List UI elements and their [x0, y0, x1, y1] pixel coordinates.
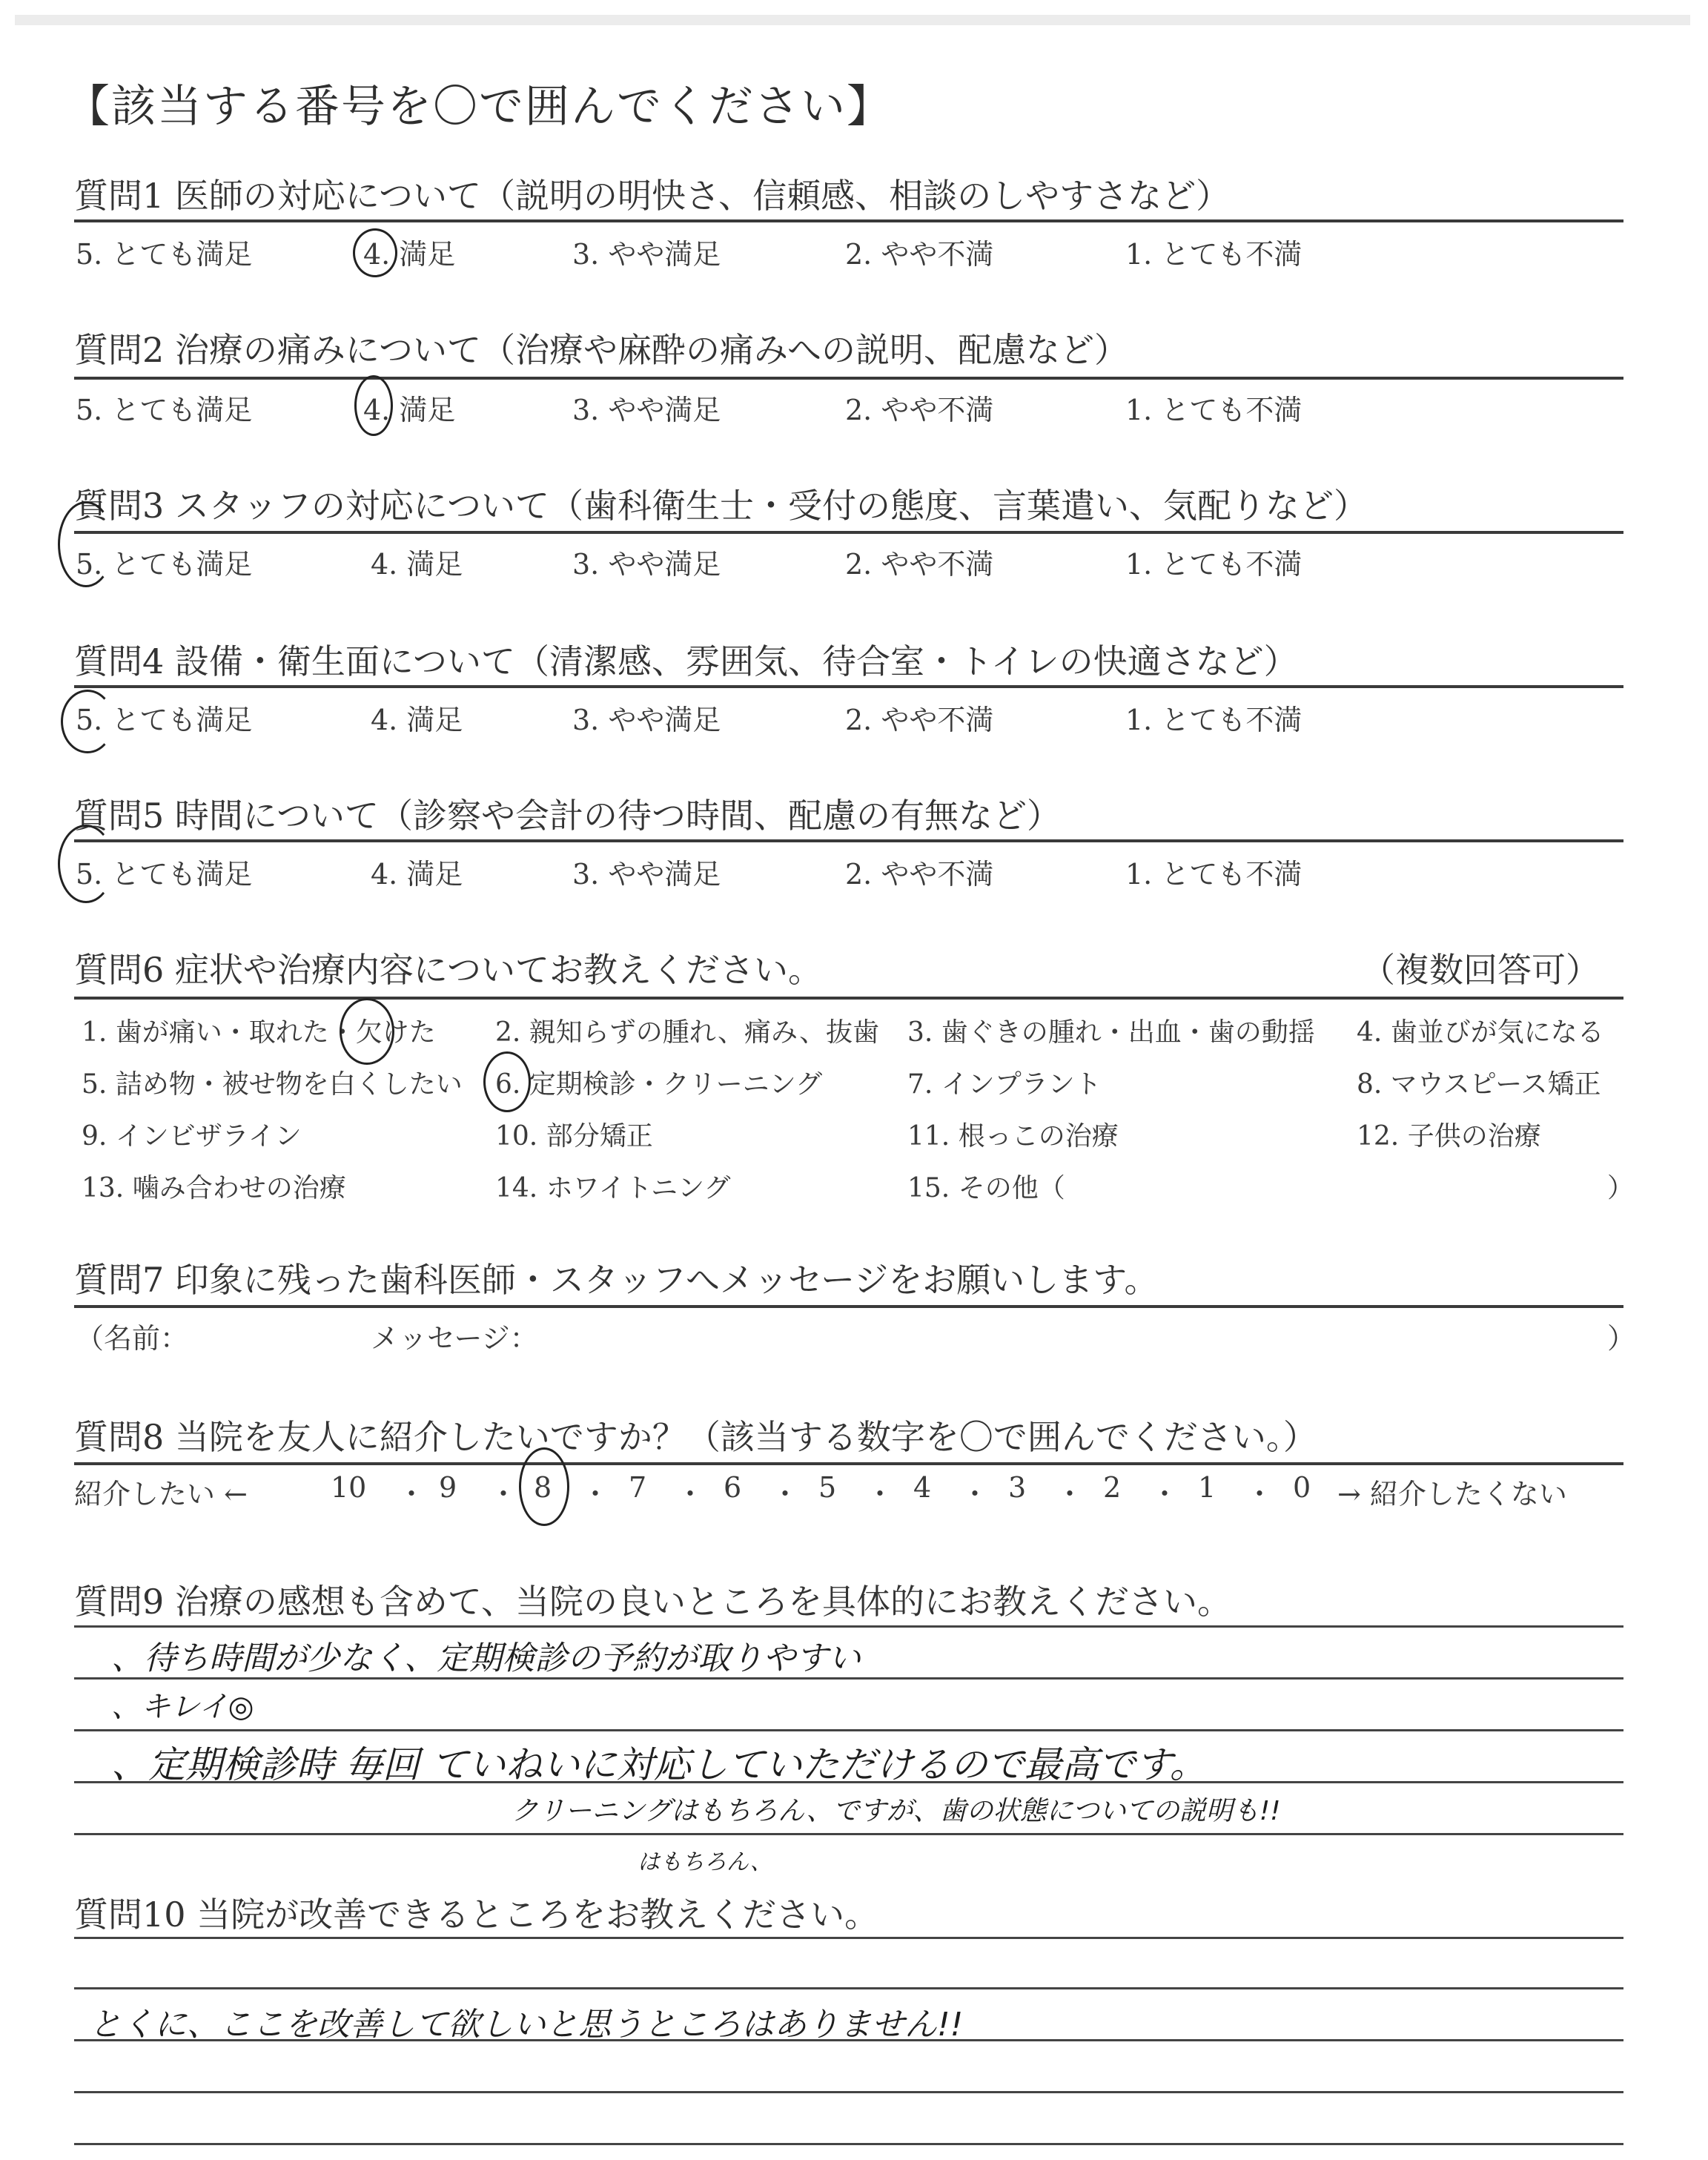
q6-option-13[interactable]: 13. 噛み合わせの治療: [82, 1167, 346, 1205]
q8-dot: ・: [1245, 1471, 1274, 1512]
q9-line-1: [74, 1625, 1623, 1628]
q9-insert-note: はもちろん、: [638, 1843, 772, 1876]
q6-rule: [74, 997, 1623, 1000]
q8-score-9[interactable]: 9: [439, 1471, 457, 1504]
q6-option-4[interactable]: 4. 歯並びが気になる: [1357, 1011, 1604, 1049]
q1-heading: 質問1 医師の対応について（説明の明快さ、信頼感、相談のしやすさなど）: [74, 169, 1230, 218]
q10-answer: とくに、ここを改善して欲しいと思うところはありません!!: [89, 1998, 963, 2045]
q6-multiple-answer-note: （複数回答可）: [1361, 943, 1600, 992]
q9-answer-1: 、待ち時間が少なく、定期検診の予約が取りやすい: [111, 1631, 861, 1679]
q6-option-5[interactable]: 5. 詰め物・被せ物を白くしたい: [82, 1063, 463, 1101]
q9-answer-2: 、キレイ◎: [111, 1683, 254, 1725]
q9-line-5: [74, 1833, 1623, 1835]
q7-message-label: メッセージ：: [371, 1315, 538, 1356]
q8-dot: ・: [866, 1471, 894, 1512]
q1-selection-circle: [353, 228, 397, 277]
q6-option-11[interactable]: 11. 根っこの治療: [907, 1115, 1119, 1153]
scan-top-edge: [15, 15, 1690, 25]
q6-selection-circle-1: [340, 998, 394, 1065]
q2-option-3[interactable]: 3. やや満足: [572, 387, 721, 428]
q8-right-label: → 紹介したくない: [1337, 1471, 1567, 1512]
q6-other-close-paren: ）: [1607, 1167, 1634, 1205]
q1-option-2[interactable]: 2. やや不満: [845, 231, 993, 272]
q8-score-2[interactable]: 2: [1103, 1471, 1121, 1504]
q8-dot: ・: [397, 1471, 426, 1512]
q5-option-1[interactable]: 1. とても不満: [1125, 851, 1302, 892]
q8-score-10[interactable]: 10: [331, 1471, 366, 1504]
q2-option-2[interactable]: 2. やや不満: [845, 387, 993, 428]
q6-heading: 質問6 症状や治療内容についてお教えください。: [74, 943, 822, 992]
q6-option-12[interactable]: 12. 子供の治療: [1357, 1115, 1541, 1153]
q7-close-paren: ）: [1607, 1315, 1635, 1356]
q10-line-2: [74, 1987, 1623, 1989]
q8-score-4[interactable]: 4: [913, 1471, 931, 1504]
q5-rule: [74, 839, 1623, 842]
q7-name-label: （名前：: [76, 1315, 188, 1356]
q8-dot: ・: [489, 1471, 517, 1512]
q4-option-3[interactable]: 3. やや満足: [572, 697, 721, 738]
q6-option-3[interactable]: 3. 歯ぐきの腫れ・出血・歯の動揺: [907, 1011, 1315, 1049]
q8-score-3[interactable]: 3: [1008, 1471, 1026, 1504]
q4-selection-circle: [61, 690, 114, 753]
q7-heading: 質問7 印象に残った歯科医師・スタッフへメッセージをお願いします。: [74, 1253, 1159, 1302]
q8-score-7[interactable]: 7: [629, 1471, 646, 1504]
q1-rule: [74, 219, 1623, 222]
q9-answer-4: クリーニングはもちろん、ですが、歯の状態についての説明も!!: [512, 1790, 1281, 1828]
q8-dot: ・: [961, 1471, 989, 1512]
q6-option-15-other[interactable]: 15. その他（: [907, 1167, 1065, 1205]
q6-option-10[interactable]: 10. 部分矯正: [495, 1115, 653, 1153]
q1-option-1[interactable]: 1. とても不満: [1125, 231, 1302, 272]
q3-option-4[interactable]: 4. 満足: [371, 541, 463, 582]
q3-option-2[interactable]: 2. やや不満: [845, 541, 993, 582]
q7-name-field[interactable]: [178, 1312, 356, 1350]
q5-option-2[interactable]: 2. やや不満: [845, 851, 993, 892]
q10-line-5: [74, 2143, 1623, 2145]
q8-dot: ・: [1151, 1471, 1179, 1512]
q8-score-6[interactable]: 6: [724, 1471, 741, 1504]
q8-dot: ・: [1056, 1471, 1084, 1512]
q8-left-label: 紹介したい ←: [74, 1471, 248, 1512]
q3-option-3[interactable]: 3. やや満足: [572, 541, 721, 582]
q10-heading: 質問10 当院が改善できるところをお教えください。: [74, 1888, 878, 1937]
q6-option-14[interactable]: 14. ホワイトニング: [495, 1167, 730, 1205]
q6-option-8[interactable]: 8. マウスピース矯正: [1357, 1063, 1601, 1101]
q8-dot: ・: [771, 1471, 799, 1512]
q9-heading: 質問9 治療の感想も含めて、当院の良いところを具体的にお教えください。: [74, 1575, 1231, 1624]
q2-rule: [74, 377, 1623, 380]
q1-option-3[interactable]: 3. やや満足: [572, 231, 721, 272]
q10-line-4: [74, 2091, 1623, 2093]
q2-option-5[interactable]: 5. とても満足: [76, 387, 252, 428]
q6-option-9[interactable]: 9. インビザライン: [82, 1115, 302, 1153]
page-title: 【該当する番号を〇で囲んでください】: [65, 71, 893, 135]
q4-option-4[interactable]: 4. 満足: [371, 697, 463, 738]
q4-rule: [74, 685, 1623, 688]
q5-selection-circle: [58, 825, 114, 903]
q1-option-5[interactable]: 5. とても満足: [76, 231, 252, 272]
q6-selection-circle-6: [483, 1051, 531, 1112]
q8-heading: 質問8 当院を友人に紹介したいですか？（該当する数字を〇で囲んでください。）: [74, 1410, 1317, 1459]
q8-selection-circle: [519, 1447, 569, 1526]
q5-option-4[interactable]: 4. 満足: [371, 851, 463, 892]
q7-message-field[interactable]: [563, 1312, 1586, 1350]
q8-score-5[interactable]: 5: [818, 1471, 836, 1504]
q6-option-7[interactable]: 7. インプラント: [907, 1063, 1102, 1101]
q10-line-1: [74, 1937, 1623, 1939]
q7-rule: [74, 1305, 1623, 1308]
q3-rule: [74, 531, 1623, 534]
q8-dot: ・: [676, 1471, 704, 1512]
q3-selection-circle: [58, 501, 114, 587]
q3-heading: 質問3 スタッフの対応について（歯科衛生士・受付の態度、言葉遣い、気配りなど）: [74, 479, 1368, 528]
q3-option-1[interactable]: 1. とても不満: [1125, 541, 1302, 582]
q4-option-2[interactable]: 2. やや不満: [845, 697, 993, 738]
q5-option-3[interactable]: 3. やや満足: [572, 851, 721, 892]
q6-option-6[interactable]: 6. 定期検診・クリーニング: [495, 1063, 822, 1101]
q4-heading: 質問4 設備・衛生面について（清潔感、雰囲気、待合室・トイレの快適さなど）: [74, 635, 1298, 684]
q9-answer-3: 、定期検診時 毎回 ていねいに対応していただけるので最高です。: [111, 1735, 1207, 1789]
q6-option-2[interactable]: 2. 親知らずの腫れ、痛み、抜歯: [495, 1011, 879, 1049]
q2-option-1[interactable]: 1. とても不満: [1125, 387, 1302, 428]
q2-heading: 質問2 治療の痛みについて（治療や麻酔の痛みへの説明、配慮など）: [74, 323, 1128, 372]
q4-option-1[interactable]: 1. とても不満: [1125, 697, 1302, 738]
q2-selection-circle: [354, 375, 393, 436]
q8-rule: [74, 1462, 1623, 1465]
q9-line-3: [74, 1729, 1623, 1731]
q5-heading: 質問5 時間について（診察や会計の待つ時間、配慮の有無など）: [74, 789, 1061, 838]
q8-score-1[interactable]: 1: [1198, 1471, 1216, 1504]
q8-dot: ・: [581, 1471, 609, 1512]
q8-score-0[interactable]: 0: [1293, 1471, 1311, 1504]
